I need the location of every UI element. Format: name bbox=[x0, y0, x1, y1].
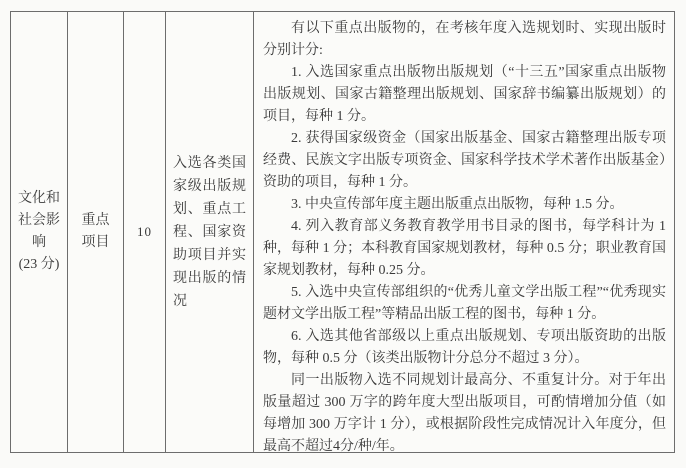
subcategory-line: 重点 bbox=[82, 210, 110, 232]
score-value: 10 bbox=[137, 221, 152, 243]
category-cell: 文化和 社会影 响 (23 分) bbox=[11, 12, 68, 452]
indicator-text: 入选各类国家级出版规划、重点工程、国家资助项目并实现出版的情况 bbox=[173, 152, 246, 313]
category-line: 社会影 bbox=[18, 210, 60, 232]
criteria-paragraph: 4. 列入教育部义务教育教学用书目录的图书，每学科计为 1 种，每种 1 分；本… bbox=[263, 216, 666, 282]
scoring-rubric-table: 文化和 社会影 响 (23 分) 重点 项目 10 入选各类国家级出版规划、重点… bbox=[10, 11, 675, 453]
criteria-paragraph: 5. 入选中央宣传部组织的“优秀儿童文学出版工程”“优秀现实题材文学出版工程”等… bbox=[263, 282, 666, 326]
category-line: (23 分) bbox=[19, 254, 60, 276]
category-line: 文化和 bbox=[18, 188, 60, 210]
criteria-paragraph: 2. 获得国家级资金（国家出版基金、国家古籍整理出版专项经费、民族文字出版专项资… bbox=[263, 128, 666, 194]
criteria-paragraph: 同一出版物入选不同规划计最高分、不重复计分。对于年出版量超过 300 万字的跨年… bbox=[263, 370, 666, 458]
category-line: 响 bbox=[32, 232, 46, 254]
criteria-paragraph: 有以下重点出版物的，在考核年度入选规划时、实现出版时分别计分: bbox=[263, 18, 666, 62]
score-cell: 10 bbox=[124, 12, 166, 452]
criteria-cell: 有以下重点出版物的，在考核年度入选规划时、实现出版时分别计分: 1. 入选国家重… bbox=[254, 12, 674, 452]
criteria-paragraph: 6. 入选其他省部级以上重点出版规划、专项出版资助的出版物，每种 0.5 分（该… bbox=[263, 326, 666, 370]
subcategory-cell: 重点 项目 bbox=[68, 12, 124, 452]
criteria-paragraph: 3. 中央宣传部年度主题出版重点出版物，每种 1.5 分。 bbox=[263, 194, 666, 216]
indicator-cell: 入选各类国家级出版规划、重点工程、国家资助项目并实现出版的情况 bbox=[166, 12, 254, 452]
criteria-paragraph: 1. 入选国家重点出版物出版规划（“十三五”国家重点出版物出版规划、国家古籍整理… bbox=[263, 62, 666, 128]
subcategory-line: 项目 bbox=[82, 232, 110, 254]
